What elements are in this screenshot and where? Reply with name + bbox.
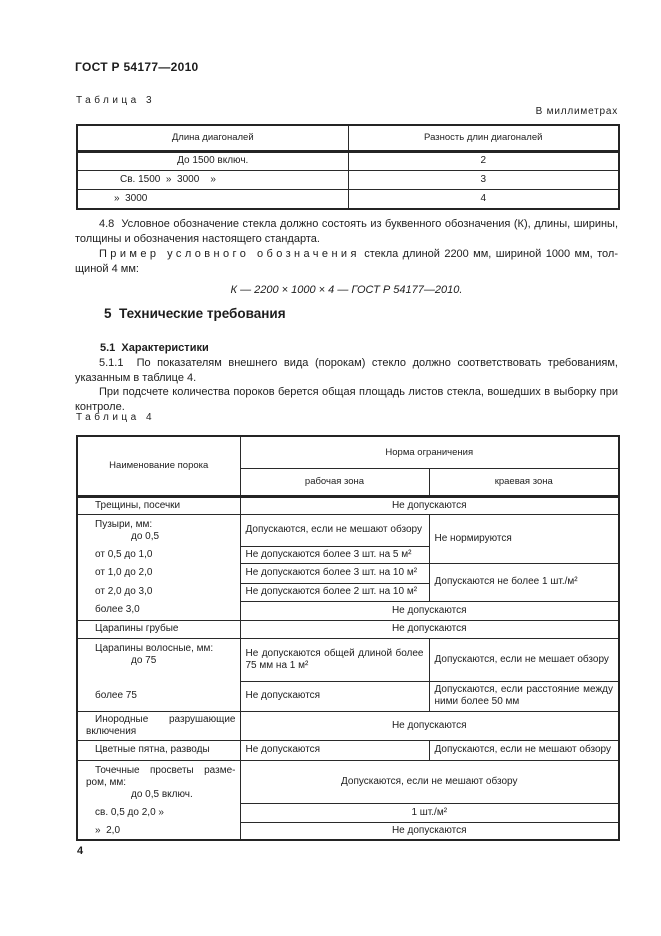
table-4: Наименование порока Норма ограничения ра… <box>76 435 620 841</box>
cell-defect-name: Царапины волосные, мм: до 75 <box>77 638 240 681</box>
cell-defect-name: Цветные пятна, разводы <box>77 740 240 760</box>
cell-work-zone: Не допускаются <box>240 740 429 760</box>
cell-diff-value: 2 <box>348 151 619 170</box>
cell-norm-both: Допускаются, если не мешают обзору <box>240 760 619 803</box>
table4-header-defect: Наименование порока <box>77 436 240 496</box>
table-row-bubbles-over30: более 3,0 Не допускаются <box>77 601 619 620</box>
cell-edge-zone: Допускаются, если не мешает обзору <box>429 638 619 681</box>
table4-header-work-zone: рабочая зона <box>240 468 429 496</box>
clause-4-8-text: 4.8 Условное обозначение стекла должно с… <box>75 217 618 247</box>
cell-length-range: Св. 1500 » 3000 » <box>77 170 348 189</box>
defect-group-title: Точечные просветы разме­ром, мм: <box>86 765 236 789</box>
table-row-spots-05-20: св. 0,5 до 2,0 » 1 шт./м² <box>77 803 619 822</box>
table3-header-row: Длина диагоналей Разность длин диагонале… <box>77 125 619 151</box>
page-number: 4 <box>77 845 83 857</box>
clause-5-1-1-section: 5.1.1 По показателям внешнего вида (поро… <box>75 356 618 414</box>
table4-header-norm: Норма ограничения <box>240 436 619 468</box>
cell-norm-both: 1 шт./м² <box>240 803 619 822</box>
table-row-rough-scratches: Царапины грубые Не допускаются <box>77 620 619 638</box>
table4-header-edge-zone: краевая зона <box>429 468 619 496</box>
designation-formula: К — 2200 × 1000 × 4 — ГОСТ Р 54177—2010. <box>75 284 618 296</box>
cell-work-zone: Не допускаются общей длиной более 75 мм … <box>240 638 429 681</box>
cell-defect-name: Трещины, посечки <box>77 496 240 514</box>
defect-size: до 0,5 <box>86 531 236 543</box>
clause-5-1-1-note: При подсчете количества пороков берется … <box>75 385 618 414</box>
table-row-hair-scratches-75: Царапины волосные, мм: до 75 Не допускаю… <box>77 638 619 681</box>
table-row-stains: Цветные пятна, разводы Не допускаются До… <box>77 740 619 760</box>
table3-row: » 3000 4 <box>77 189 619 209</box>
doc-code: ГОСТ Р 54177—2010 <box>75 60 199 74</box>
cell-work-zone: Не допускаются <box>240 681 429 711</box>
cell-length-range: До 1500 включ. <box>77 151 348 170</box>
cell-defect-name: Пузыри, мм: до 0,5 <box>77 514 240 546</box>
cell-defect-name: более 75 <box>77 681 240 711</box>
table3-label: Таблица 3 <box>76 95 155 106</box>
table-row-cracks: Трещины, посечки Не допускаются <box>77 496 619 514</box>
document-page: ГОСТ Р 54177—2010 Таблица 3 В миллиметра… <box>0 0 661 936</box>
cell-work-zone: Допускаются, если не мешают обзору <box>240 514 429 546</box>
defect-size: до 0,5 включ. <box>86 789 236 801</box>
cell-defect-name: » 2,0 <box>77 822 240 840</box>
section-5-heading: 5 Технические требования <box>104 306 286 321</box>
cell-length-range: » 3000 <box>77 189 348 209</box>
cell-defect-name: св. 0,5 до 2,0 » <box>77 803 240 822</box>
cell-norm-both: Не допускаются <box>240 496 619 514</box>
cell-work-zone: Не допускаются более 3 шт. на 5 м² <box>240 546 429 563</box>
cell-defect-name: более 3,0 <box>77 601 240 620</box>
cell-diff-value: 4 <box>348 189 619 209</box>
cell-diff-value: 3 <box>348 170 619 189</box>
cell-work-zone: Не допускаются более 3 шт. на 10 м² <box>240 563 429 583</box>
table-3: Длина диагоналей Разность длин диагонале… <box>76 124 620 210</box>
section-5-1-heading: 5.1 Характеристики <box>100 342 209 354</box>
clause-4-8-section: 4.8 Условное обозначение стекла должно с… <box>75 217 618 296</box>
cell-norm-both: Не допускаются <box>240 620 619 638</box>
clause-5-1-1-text: 5.1.1 По показателям внешнего вида (поро… <box>75 356 618 385</box>
example-label: Пример условного обозначения <box>99 248 360 260</box>
table-row-inclusions: Инородные разрушающие включения Не допус… <box>77 711 619 740</box>
table4-header-row: Наименование порока Норма ограничения <box>77 436 619 468</box>
cell-edge-zone: Допускаются не более 1 шт./м² <box>429 563 619 601</box>
cell-defect-name: от 0,5 до 1,0 <box>77 546 240 563</box>
cell-defect-name: Точечные просветы разме­ром, мм: до 0,5 … <box>77 760 240 803</box>
table-row-bubbles-10-20: от 1,0 до 2,0 Не допускаются более 3 шт.… <box>77 563 619 583</box>
cell-norm-both: Не допускаются <box>240 711 619 740</box>
defect-group-title: Царапины волосные, мм: <box>86 643 236 655</box>
defect-group-title: Пузыри, мм: <box>86 519 236 531</box>
table3-row: До 1500 включ. 2 <box>77 151 619 170</box>
table-row-spots-05: Точечные просветы разме­ром, мм: до 0,5 … <box>77 760 619 803</box>
table3-header-diff: Разность длин диагоналей <box>348 125 619 151</box>
defect-size: до 75 <box>86 655 236 667</box>
cell-defect-name: от 1,0 до 2,0 <box>77 563 240 583</box>
cell-norm-both: Не допускаются <box>240 601 619 620</box>
cell-defect-name: от 2,0 до 3,0 <box>77 583 240 601</box>
clause-4-8-example: Пример условного обозначения стекла длин… <box>75 247 618 277</box>
table3-header-length: Длина диагоналей <box>77 125 348 151</box>
cell-norm-both: Не допускаются <box>240 822 619 840</box>
table-row-bubbles-05: Пузыри, мм: до 0,5 Допускаются, если не … <box>77 514 619 546</box>
table-row-hair-scratches-over75: более 75 Не допускаются Допускаются, есл… <box>77 681 619 711</box>
table3-row: Св. 1500 » 3000 » 3 <box>77 170 619 189</box>
cell-edge-zone: Не нормируются <box>429 514 619 563</box>
cell-defect-name: Инородные разрушающие включения <box>77 711 240 740</box>
cell-work-zone: Не допускаются более 2 шт. на 10 м² <box>240 583 429 601</box>
cell-edge-zone: Допускаются, если не мешают обзору <box>429 740 619 760</box>
cell-edge-zone: Допускаются, если расстояние между ними … <box>429 681 619 711</box>
table3-units-note: В миллиметрах <box>536 106 618 117</box>
table-row-spots-over20: » 2,0 Не допускаются <box>77 822 619 840</box>
cell-defect-name: Царапины грубые <box>77 620 240 638</box>
table4-label: Таблица 4 <box>76 412 155 423</box>
